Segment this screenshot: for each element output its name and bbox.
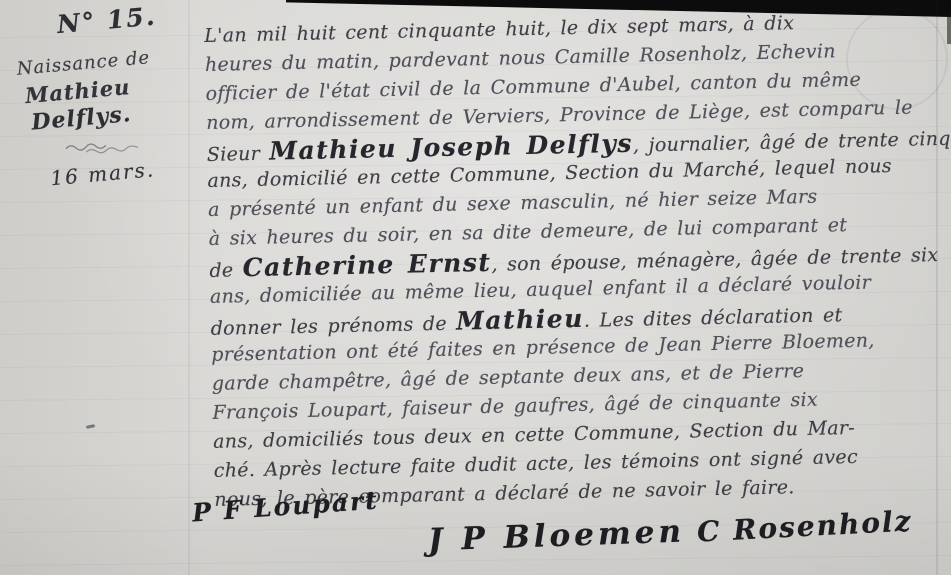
- act-date: 16 mars.: [49, 153, 205, 190]
- flourish-divider-icon: [63, 136, 150, 157]
- scanned-register-page: N° 15. Naissance de Mathieu Delflys. 16 …: [0, 0, 951, 575]
- line-text: Sieur: [207, 143, 270, 166]
- act-margin: N° 15. Naissance de Mathieu Delflys. 16 …: [12, 0, 205, 192]
- child-given-name: Mathieu: [456, 304, 584, 336]
- act-body: L'an mil huit cent cinquante huit, le di…: [204, 6, 951, 515]
- signature-bloemen: J P Bloemen: [427, 514, 685, 559]
- act-number: N° 15.: [56, 0, 192, 39]
- signature-rosenholz: C Rosenholz: [696, 504, 913, 548]
- ink-speck: [86, 424, 95, 429]
- line-text: de: [209, 259, 243, 282]
